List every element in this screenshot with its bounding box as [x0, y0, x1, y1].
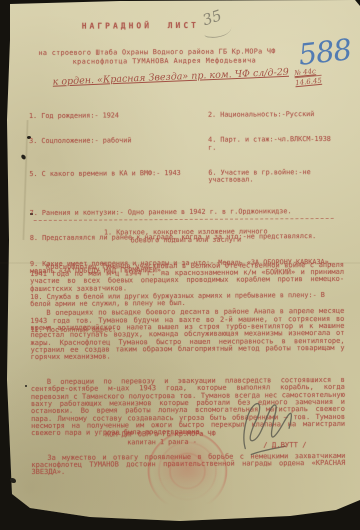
handwritten-award-note-number: № 44с 14.6.45	[294, 67, 322, 87]
commander-rank-line: капитан 1 ранга -	[127, 438, 197, 446]
field-birth-year: 1. Год рождения:- 1924	[29, 112, 202, 121]
field-row: 5. С какого времени в КА и ВМФ:- 1943 6.…	[29, 169, 343, 186]
handwritten-award-note-text: к орден. «Красная Звезда» пр. ком. ЧФ сл…	[52, 67, 289, 88]
subtitle-name-line: краснофлотца ТУМАНОВА Андрея Мефодьевича	[73, 56, 257, 65]
field-civil-war-participation: 6. Участие в гр.войне:-не участвовал.	[208, 169, 343, 185]
field-wounds: 7. Ранения и контузии:- Одно ранение в 1…	[30, 208, 344, 218]
pencil-page-mark: 35	[200, 1, 244, 43]
field-row: 3. Соцположение:- рабочий 4. Парт. и ста…	[29, 136, 343, 153]
commander-name: / Д.ВУТТ /	[263, 440, 306, 449]
document-title: НАГРАДНОЙ ЛИСТ	[0, 20, 358, 32]
document-content: НАГРАДНОЙ ЛИСТ 35 на строевого Штаба Охр…	[0, 0, 360, 530]
subtitle-unit-line: на строевого Штаба Охраны Водного района…	[38, 47, 275, 57]
citation-paragraph: Краснофлотец Туманов участвовал в Велико…	[30, 262, 344, 294]
field-social-position: 3. Соцположение:- рабочий	[29, 137, 202, 153]
field-nationality: 2. Национальность:-Русский	[208, 111, 343, 119]
field-party-membership: 4. Парт. и стаж:-чл.ВЛКСМ-1938 г.	[208, 136, 343, 152]
citation-paragraph: В операциях по высадке боевого десанта в…	[30, 308, 344, 362]
field-service-since: 5. С какого времени в КА и ВМФ:- 1943	[29, 170, 202, 186]
handwritten-award-note: к орден. «Красная Звезда» пр. ком. ЧФ сл…	[52, 65, 329, 95]
field-row: 1. Год рождения:- 1924 2. Национальность…	[29, 111, 343, 121]
